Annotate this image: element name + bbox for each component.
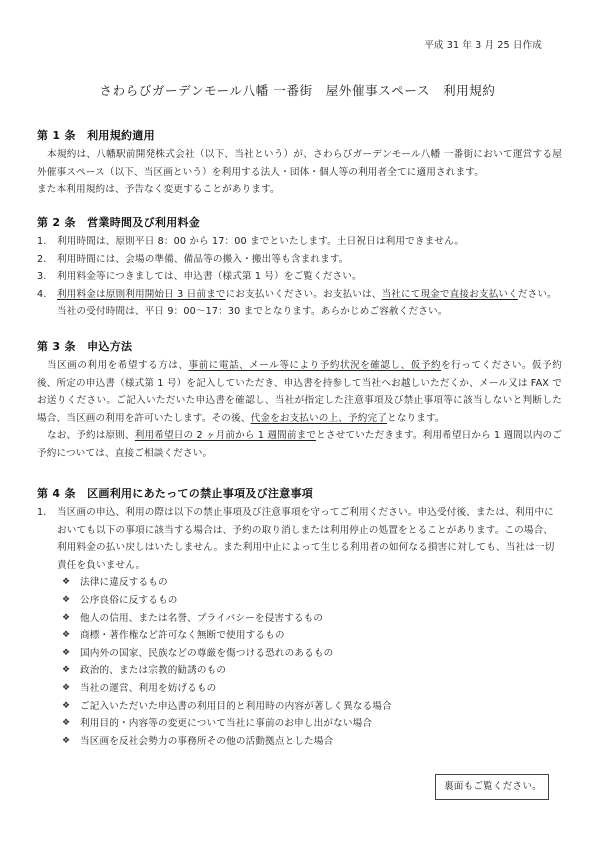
diamond-bullet-icon: ❖ bbox=[62, 680, 70, 698]
bullet-item: ❖商標・著作権など許可なく無断で使用するもの bbox=[62, 627, 562, 645]
item-number: 2. bbox=[37, 251, 46, 269]
bullet-item: ❖当区画を反社会勢力の事務所その他の活動拠点とした場合 bbox=[62, 733, 562, 751]
article-paragraph: 当区画の利用を希望する方は、事前に電話、メール等により予約状況を確認し、仮予約を… bbox=[37, 357, 562, 427]
bullet-text: 公序良俗に反するもの bbox=[80, 595, 177, 606]
article-heading: 第 3 条 申込方法 bbox=[37, 339, 562, 354]
bullet-text: 利用目的・内容等の変更について当社に事前のお申し出がない場合 bbox=[80, 718, 372, 729]
bullet-item: ❖ご記入いただいた申込書の利用目的と利用時の内容が著しく異なる場合 bbox=[62, 698, 562, 716]
bullet-item: ❖法律に違反するもの bbox=[62, 574, 562, 592]
item-text: 利用時間は、原則平日 8：00 から 17：00 までといたします。土日祝日は利… bbox=[57, 236, 464, 247]
bullet-item: ❖政治的、または宗教的勧誘のもの bbox=[62, 662, 562, 680]
article-paragraph: 本規約は、八幡駅前開発株式会社（以下、当社という）が、さわらびガーデンモール八幡… bbox=[37, 146, 562, 181]
item-text: 当区画の申込、利用の際は以下の禁止事項及び注意事項を守ってご利用ください。申込受… bbox=[57, 507, 555, 571]
diamond-bullet-icon: ❖ bbox=[62, 715, 70, 733]
see-reverse-side-note: 裏面もご覧ください。 bbox=[435, 774, 549, 800]
prohibited-items-list: ❖法律に違反するもの ❖公序良俗に反するもの ❖他人の信用、または名誉、プライバ… bbox=[37, 574, 562, 750]
diamond-bullet-icon: ❖ bbox=[62, 592, 70, 610]
item-number: 1. bbox=[37, 504, 46, 522]
item-number: 4. bbox=[37, 286, 46, 304]
article-heading: 第 2 条 営業時間及び利用料金 bbox=[37, 215, 562, 230]
diamond-bullet-icon: ❖ bbox=[62, 662, 70, 680]
article-paragraph: なお、予約は原則、利用希望日の 2 ヶ月前から 1 週間前までとさせていただきま… bbox=[37, 427, 562, 462]
underlined-text: 利用希望日の 2 ヶ月前から 1 週間前まで bbox=[135, 430, 316, 441]
item-text: 利用料金等につきましては、申込書（様式第 1 号）をご覧ください。 bbox=[57, 271, 362, 282]
bullet-text: 他人の信用、または名誉、プライバシーを侵害するもの bbox=[80, 613, 323, 624]
document-date: 平成 31 年 3 月 25 日作成 bbox=[424, 37, 542, 51]
bullet-text: 国内外の国家、民族などの尊厳を傷つける恐れのあるもの bbox=[80, 648, 333, 659]
numbered-list: 1. 利用時間は、原則平日 8：00 から 17：00 までといたします。土日祝… bbox=[37, 233, 562, 321]
list-item: 1. 利用時間は、原則平日 8：00 から 17：00 までといたします。土日祝… bbox=[37, 233, 562, 251]
underlined-text: 利用料金は原則利用開始日 3 日前まで bbox=[57, 289, 226, 300]
article-4: 第 4 条 区画利用にあたっての禁止事項及び注意事項 1. 当区画の申込、利用の… bbox=[37, 486, 562, 750]
list-item: 2. 利用時間には、会場の準備、備品等の搬入・搬出等も含まれます。 bbox=[37, 251, 562, 269]
bullet-item: ❖公序良俗に反するもの bbox=[62, 592, 562, 610]
diamond-bullet-icon: ❖ bbox=[62, 610, 70, 628]
item-text: 利用時間には、会場の準備、備品等の搬入・搬出等も含まれます。 bbox=[57, 254, 349, 265]
bullet-text: 政治的、または宗教的勧誘のもの bbox=[80, 665, 226, 676]
bullet-item: ❖利用目的・内容等の変更について当社に事前のお申し出がない場合 bbox=[62, 715, 562, 733]
terms-document-page: 平成 31 年 3 月 25 日作成 さわらびガーデンモール八幡 一番街 屋外催… bbox=[0, 0, 595, 841]
diamond-bullet-icon: ❖ bbox=[62, 574, 70, 592]
article-heading: 第 4 条 区画利用にあたっての禁止事項及び注意事項 bbox=[37, 486, 562, 501]
bullet-item: ❖国内外の国家、民族などの尊厳を傷つける恐れのあるもの bbox=[62, 645, 562, 663]
document-title: さわらびガーデンモール八幡 一番街 屋外催事スペース 利用規約 bbox=[0, 81, 595, 99]
paragraph-text: となります。 bbox=[387, 413, 445, 424]
paragraph-text: なお、予約は原則、 bbox=[47, 430, 135, 441]
diamond-bullet-icon: ❖ bbox=[62, 627, 70, 645]
bullet-text: 当社の運営、利用を妨げるもの bbox=[80, 683, 216, 694]
diamond-bullet-icon: ❖ bbox=[62, 698, 70, 716]
bullet-text: 商標・著作権など許可なく無断で使用するもの bbox=[80, 630, 285, 641]
article-heading: 第 1 条 利用規約適用 bbox=[37, 128, 562, 143]
bullet-text: ご記入いただいた申込書の利用目的と利用時の内容が著しく異なる場合 bbox=[80, 701, 392, 712]
numbered-list: 1. 当区画の申込、利用の際は以下の禁止事項及び注意事項を守ってご利用ください。… bbox=[37, 504, 562, 574]
underlined-text: 代金をお支払いの上、予約完了 bbox=[251, 413, 387, 424]
bullet-text: 当区画を反社会勢力の事務所その他の活動拠点とした場合 bbox=[80, 736, 333, 747]
article-paragraph: また本利用規約は、予告なく変更することがあります。 bbox=[37, 181, 562, 199]
item-number: 1. bbox=[37, 233, 46, 251]
paragraph-text: 当区画の利用を希望する方は、 bbox=[47, 360, 189, 371]
bullet-item: ❖他人の信用、または名誉、プライバシーを侵害するもの bbox=[62, 610, 562, 628]
article-3: 第 3 条 申込方法 当区画の利用を希望する方は、事前に電話、メール等により予約… bbox=[37, 339, 562, 463]
list-item: 1. 当区画の申込、利用の際は以下の禁止事項及び注意事項を守ってご利用ください。… bbox=[37, 504, 562, 574]
diamond-bullet-icon: ❖ bbox=[62, 733, 70, 751]
list-item: 3. 利用料金等につきましては、申込書（様式第 1 号）をご覧ください。 bbox=[37, 268, 562, 286]
underlined-text: 事前に電話、メール等により予約状況を確認し、仮予約 bbox=[189, 360, 442, 371]
underlined-text: 当社にて現金で直接お支払いく bbox=[381, 289, 517, 300]
item-text: にお支払いください。お支払いは、 bbox=[226, 289, 382, 300]
item-number: 3. bbox=[37, 268, 46, 286]
diamond-bullet-icon: ❖ bbox=[62, 645, 70, 663]
article-2: 第 2 条 営業時間及び利用料金 1. 利用時間は、原則平日 8：00 から 1… bbox=[37, 215, 562, 321]
bullet-item: ❖当社の運営、利用を妨げるもの bbox=[62, 680, 562, 698]
article-1: 第 1 条 利用規約適用 本規約は、八幡駅前開発株式会社（以下、当社という）が、… bbox=[37, 128, 562, 199]
bullet-text: 法律に違反するもの bbox=[80, 577, 168, 588]
list-item: 4. 利用料金は原則利用開始日 3 日前までにお支払いください。お支払いは、当社… bbox=[37, 286, 562, 321]
